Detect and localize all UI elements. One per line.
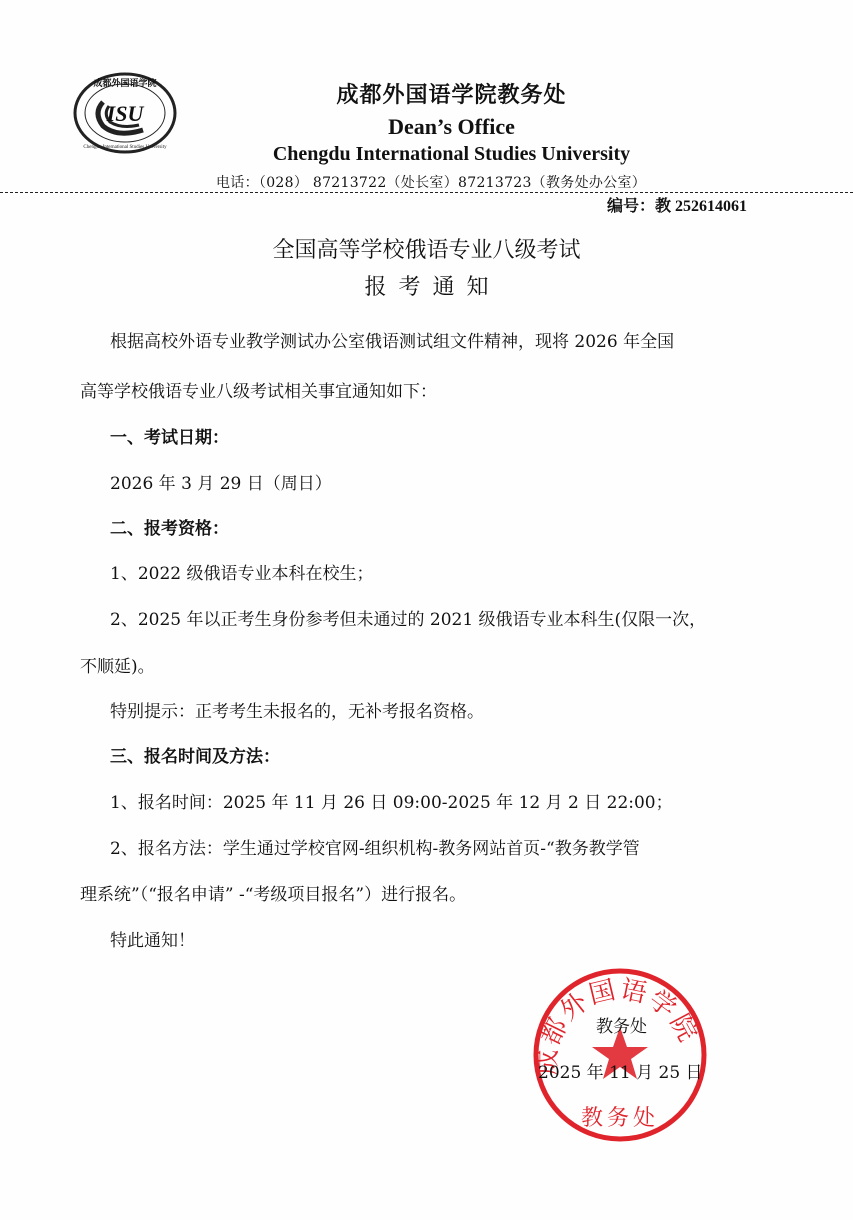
signature-date: 2025 年 11 月 25 日: [538, 1058, 703, 1083]
signature-office: 教务处: [596, 1012, 647, 1037]
intro-paragraph-line-2: 高等学校俄语专业八级考试相关事宜通知如下：: [80, 377, 437, 402]
university-name-en: Chengdu International Studies University: [0, 143, 853, 166]
special-note: 特别提示：正考考生未报名的，无补考报名资格。: [110, 697, 484, 722]
eligibility-item-2: 2、2025 年以正考生身份参考但未通过的 2021 级俄语专业本科生(仅限一次…: [110, 605, 706, 630]
registration-time: 1、报名时间：2025 年 11 月 26 日 09:00-2025 年 12 …: [110, 788, 673, 813]
registration-method-continued: 理系统”（“报名申请” -“考级项目报名”）进行报名。: [80, 880, 466, 905]
phone-line: 电话：（028） 87213722（处长室）87213723（教务处办公室）: [216, 172, 646, 192]
section-heading-eligibility: 二、报考资格：: [110, 514, 229, 539]
eligibility-item-2-continued: 不顺延)。: [80, 652, 155, 677]
exam-date: 2026 年 3 月 29 日（周日）: [110, 469, 332, 494]
intro-paragraph-line-1: 根据高校外语专业教学测试办公室俄语测试组文件精神，现将 2026 年全国: [110, 327, 674, 352]
org-name-cn: 成都外国语学院教务处: [0, 78, 853, 109]
svg-text:教务处: 教务处: [581, 1106, 659, 1131]
registration-method: 2、报名方法：学生通过学校官网-组织机构-教务网站首页-“教务教学管: [110, 834, 640, 859]
notice-title: 全国高等学校俄语专业八级考试: [0, 233, 853, 264]
section-heading-registration: 三、报名时间及方法：: [110, 742, 280, 767]
org-name-en: Dean’s Office: [0, 114, 853, 140]
eligibility-item-1: 1、2022 级俄语专业本科在校生；: [110, 559, 373, 584]
notice-subtitle: 报考通知: [0, 270, 853, 301]
closing-remark: 特此通知！: [110, 926, 195, 951]
official-red-seal-icon: 成都外国语学院 教务处: [530, 965, 710, 1145]
notice-document: ISU 成都外国语学院 Chengdu International Studie…: [0, 0, 853, 1220]
document-number: 编号：教 252614061: [607, 193, 747, 216]
section-heading-exam-date: 一、考试日期：: [110, 423, 229, 448]
